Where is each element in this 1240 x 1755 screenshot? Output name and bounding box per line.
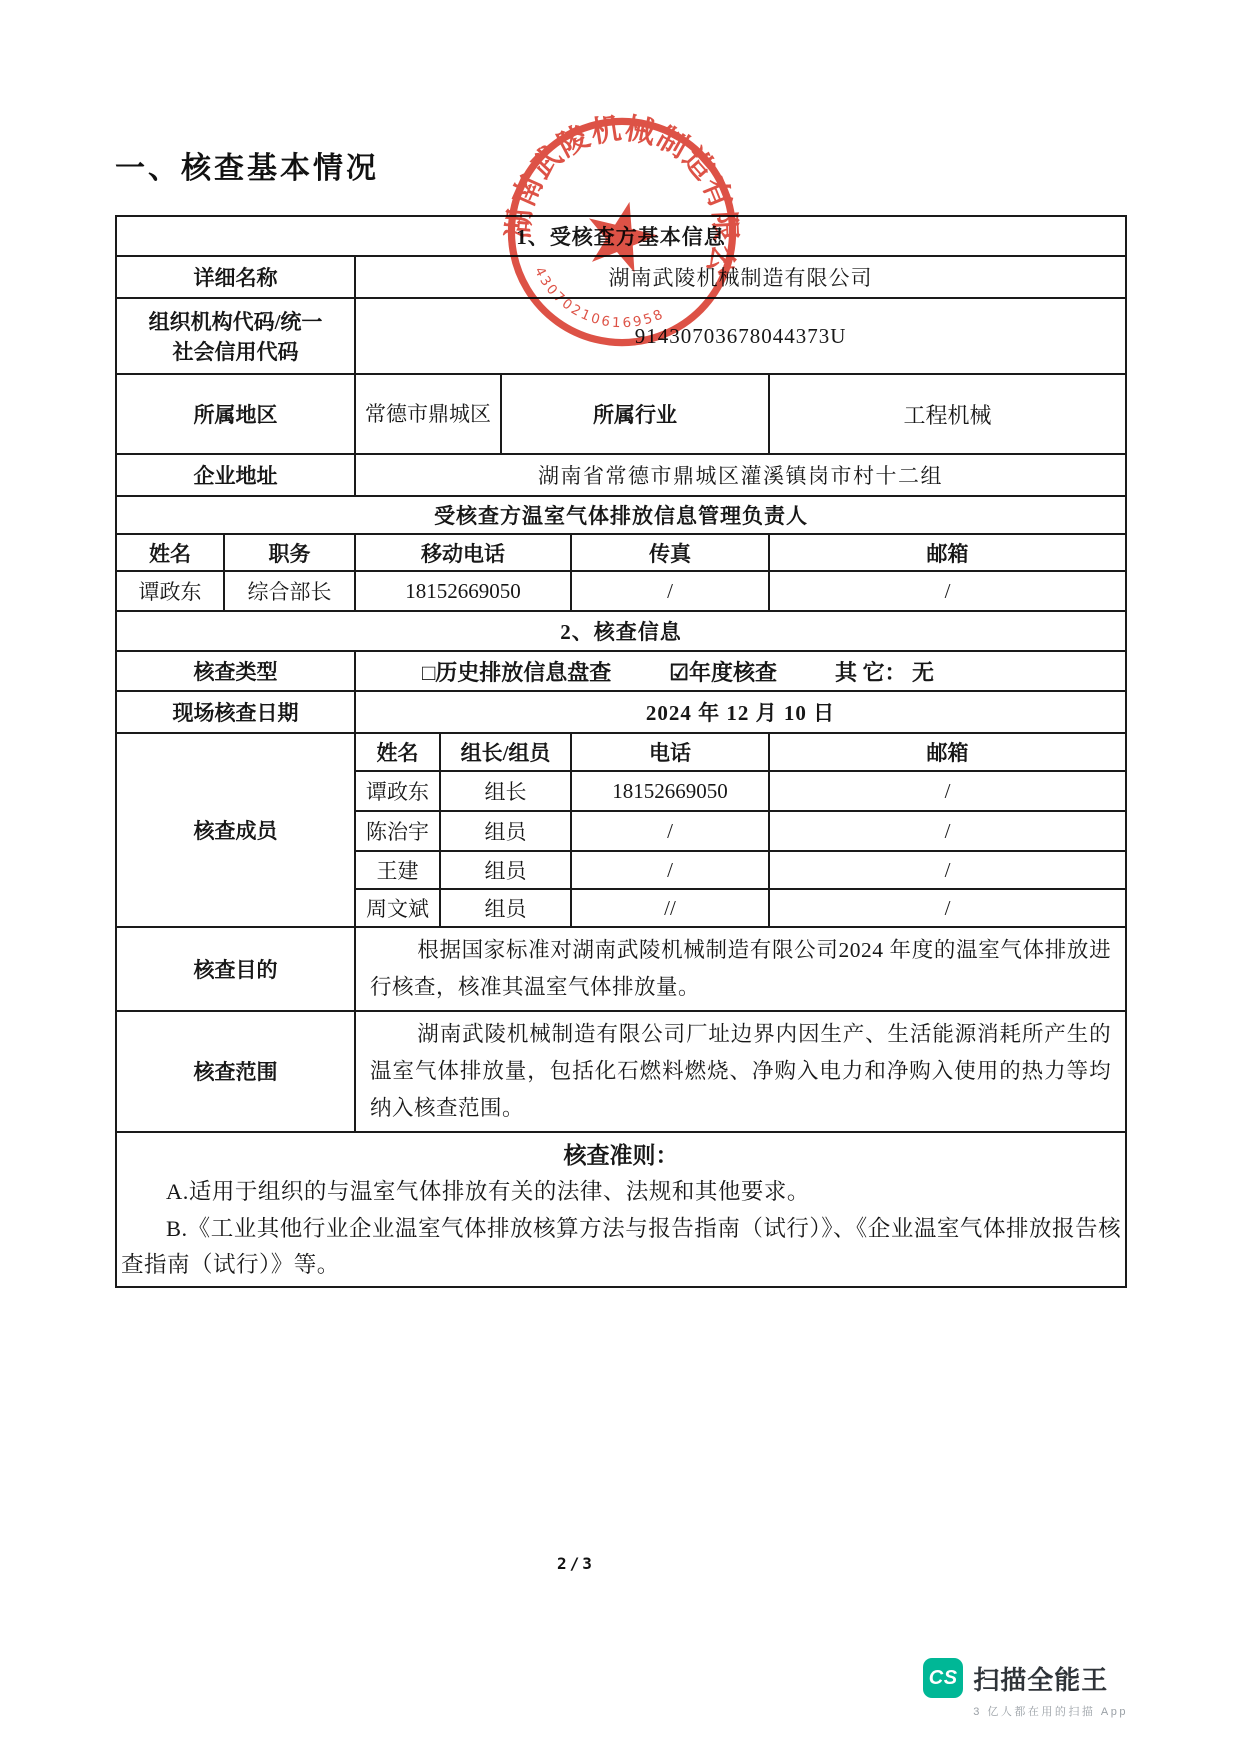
member-phone: / xyxy=(571,811,769,851)
site-date-label: 现场核查日期 xyxy=(116,691,355,733)
member-role: 组长 xyxy=(440,771,571,811)
member-email: / xyxy=(769,889,1126,927)
manager-title: 综合部长 xyxy=(224,571,355,611)
region-industry-row: 所属地区 常德市鼎城区 所属行业 工程机械 xyxy=(116,374,1126,454)
manager-fax: / xyxy=(571,571,769,611)
verification-table: 1、受核查方基本信息 详细名称 湖南武陵机械制造有限公司 组织机构代码/统一 社… xyxy=(115,215,1127,1288)
criteria-item-b: B.《工业其他行业企业温室气体排放核算方法与报告指南（试行）》、《企业温室气体排… xyxy=(121,1211,1121,1284)
member-phone: / xyxy=(571,851,769,889)
address-value: 湖南省常德市鼎城区灌溪镇岗市村十二组 xyxy=(355,454,1126,496)
page-number: 2/3 xyxy=(557,1554,595,1573)
member-email: / xyxy=(769,851,1126,889)
manager-header-email: 邮箱 xyxy=(769,534,1126,571)
member-role: 组员 xyxy=(440,811,571,851)
checkbox-annual-option: ☑年度核查 xyxy=(669,656,777,687)
manager-section-row: 受核查方温室气体排放信息管理负责人 xyxy=(116,496,1126,534)
criteria-row: 核查准则： A.适用于组织的与温室气体排放有关的法律、法规和其他要求。 B.《工… xyxy=(116,1132,1126,1287)
manager-header-title: 职务 xyxy=(224,534,355,571)
member-name: 陈治宇 xyxy=(355,811,440,851)
manager-header-mobile: 移动电话 xyxy=(355,534,571,571)
address-label: 企业地址 xyxy=(116,454,355,496)
detail-name-value: 湖南武陵机械制造有限公司 xyxy=(355,256,1126,298)
manager-email: / xyxy=(769,571,1126,611)
manager-section-title: 受核查方温室气体排放信息管理负责人 xyxy=(116,496,1126,534)
purpose-text: 根据国家标准对湖南武陵机械制造有限公司2024 年度的温室气体排放进行核查，核准… xyxy=(360,930,1121,1008)
org-code-value: 91430703678044373U xyxy=(355,298,1126,374)
purpose-label: 核查目的 xyxy=(116,927,355,1011)
address-row: 企业地址 湖南省常德市鼎城区灌溪镇岗市村十二组 xyxy=(116,454,1126,496)
criteria-cell: 核查准则： A.适用于组织的与温室气体排放有关的法律、法规和其他要求。 B.《工… xyxy=(116,1132,1126,1287)
industry-label: 所属行业 xyxy=(501,374,769,454)
region-value: 常德市鼎城区 xyxy=(355,374,501,454)
member-phone: // xyxy=(571,889,769,927)
manager-header-row: 姓名 职务 移动电话 传真 邮箱 xyxy=(116,534,1126,571)
scope-label: 核查范围 xyxy=(116,1011,355,1132)
region-label: 所属地区 xyxy=(116,374,355,454)
members-label: 核查成员 xyxy=(116,733,355,927)
purpose-row: 核查目的 根据国家标准对湖南武陵机械制造有限公司2024 年度的温室气体排放进行… xyxy=(116,927,1126,1011)
member-email: / xyxy=(769,771,1126,811)
section2-title: 2、核查信息 xyxy=(116,611,1126,651)
member-name: 谭政东 xyxy=(355,771,440,811)
detail-name-label: 详细名称 xyxy=(116,256,355,298)
brand-name: 扫描全能王 xyxy=(973,1660,1108,1697)
org-code-label-line2: 社会信用代码 xyxy=(121,336,350,366)
verify-type-row: 核查类型 □历史排放信息盘查 ☑年度核查 其 它： 无 xyxy=(116,651,1126,691)
scope-row: 核查范围 湖南武陵机械制造有限公司厂址边界内因生产、生活能源消耗所产生的温室气体… xyxy=(116,1011,1126,1132)
site-date-value: 2024 年 12 月 10 日 xyxy=(355,691,1126,733)
manager-data-row: 谭政东 综合部长 18152669050 / / xyxy=(116,571,1126,611)
scope-text: 湖南武陵机械制造有限公司厂址边界内因生产、生活能源消耗所产生的温室气体排放量，包… xyxy=(360,1014,1121,1129)
member-name: 周文斌 xyxy=(355,889,440,927)
member-phone: 18152669050 xyxy=(571,771,769,811)
camscanner-logo-icon: CS xyxy=(923,1658,963,1698)
org-code-label-line1: 组织机构代码/统一 xyxy=(121,306,350,336)
document-page: 一、核查基本情况 1、受核查方基本信息 详细名称 湖南武陵机械制造有限公司 组织… xyxy=(0,0,1240,1755)
scope-value: 湖南武陵机械制造有限公司厂址边界内因生产、生活能源消耗所产生的温室气体排放量，包… xyxy=(355,1011,1126,1132)
scanner-watermark: CS 扫描全能王 3 亿人都在用的扫描 App xyxy=(923,1658,1128,1719)
brand-tagline: 3 亿人都在用的扫描 App xyxy=(973,1703,1128,1719)
section2-header-row: 2、核查信息 xyxy=(116,611,1126,651)
member-name: 王建 xyxy=(355,851,440,889)
checkbox-history-option: □历史排放信息盘查 xyxy=(422,656,611,687)
industry-value: 工程机械 xyxy=(769,374,1126,454)
members-header-phone: 电话 xyxy=(571,733,769,771)
manager-mobile: 18152669050 xyxy=(355,571,571,611)
member-email: / xyxy=(769,811,1126,851)
manager-name: 谭政东 xyxy=(116,571,224,611)
manager-header-name: 姓名 xyxy=(116,534,224,571)
org-code-label: 组织机构代码/统一 社会信用代码 xyxy=(116,298,355,374)
criteria-item-a: A.适用于组织的与温室气体排放有关的法律、法规和其他要求。 xyxy=(121,1174,1121,1210)
members-header-role: 组长/组员 xyxy=(440,733,571,771)
org-code-row: 组织机构代码/统一 社会信用代码 91430703678044373U xyxy=(116,298,1126,374)
members-header-row: 核查成员 姓名 组长/组员 电话 邮箱 xyxy=(116,733,1126,771)
verify-type-value: □历史排放信息盘查 ☑年度核查 其 它： 无 xyxy=(355,651,1126,691)
other-option: 其 它： 无 xyxy=(835,656,934,687)
criteria-title: 核查准则： xyxy=(121,1137,1121,1170)
section1-header-row: 1、受核查方基本信息 xyxy=(116,216,1126,256)
section1-title: 1、受核查方基本信息 xyxy=(116,216,1126,256)
site-date-row: 现场核查日期 2024 年 12 月 10 日 xyxy=(116,691,1126,733)
members-header-name: 姓名 xyxy=(355,733,440,771)
page-title: 一、核查基本情况 xyxy=(115,143,379,187)
member-role: 组员 xyxy=(440,851,571,889)
verify-type-label: 核查类型 xyxy=(116,651,355,691)
manager-header-fax: 传真 xyxy=(571,534,769,571)
detail-name-row: 详细名称 湖南武陵机械制造有限公司 xyxy=(116,256,1126,298)
purpose-value: 根据国家标准对湖南武陵机械制造有限公司2024 年度的温室气体排放进行核查，核准… xyxy=(355,927,1126,1011)
members-header-email: 邮箱 xyxy=(769,733,1126,771)
member-role: 组员 xyxy=(440,889,571,927)
